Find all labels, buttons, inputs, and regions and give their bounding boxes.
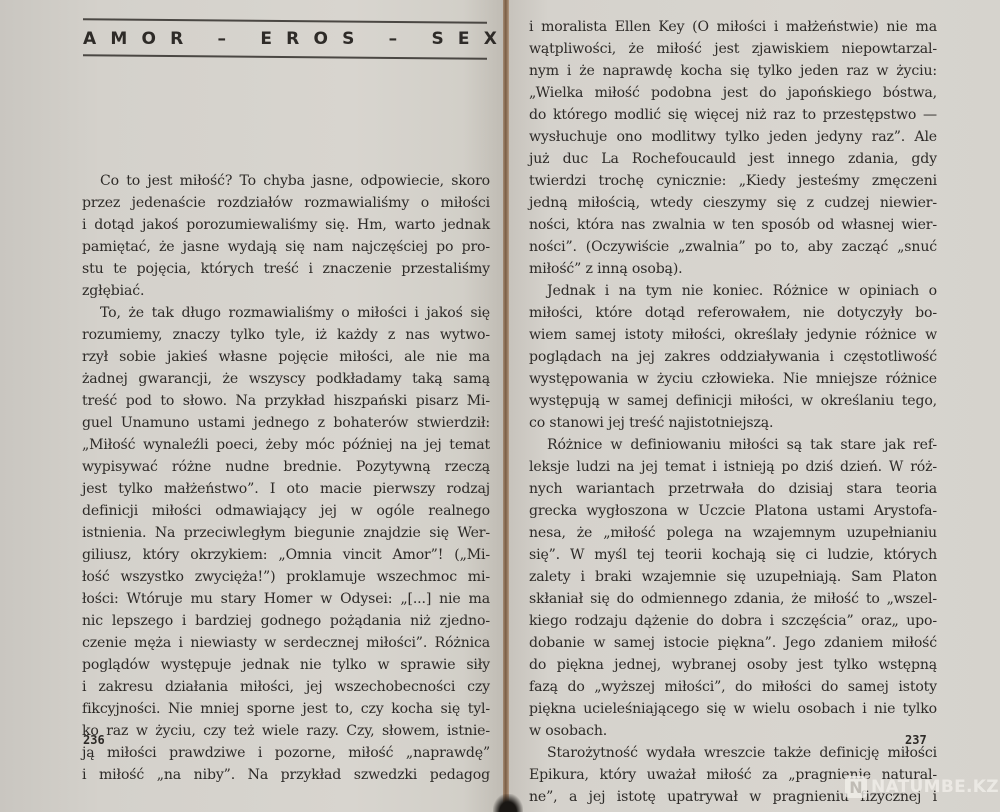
text-line: nych wariantach przetrwała do dzisiaj st…	[529, 478, 937, 500]
watermark-text: NATUMBE.KZ	[871, 777, 999, 797]
running-header: AMOR – EROS – SEX	[83, 18, 487, 60]
text-line: łości: Wtóruje mu stary Homer w Odysei: …	[82, 588, 490, 610]
text-line: miłości, które dotąd referowałem, nie do…	[529, 302, 937, 324]
text-line: i dotąd jakoś porozumiewaliśmy się. Hm, …	[82, 214, 490, 236]
text-line: zgłębiać.	[82, 280, 490, 302]
text-line: definicji miłości odmawiający jej w ogól…	[82, 500, 490, 522]
text-line: i zakresu działania miłości, jej wszecho…	[82, 676, 490, 698]
open-book-spread: AMOR – EROS – SEX Co to jest miłość? To …	[0, 0, 1000, 812]
text-line: już duc La Rochefoucauld jest innego zda…	[529, 148, 937, 170]
text-line: wątpliwości, że miłość jest zjawiskiem n…	[529, 38, 937, 60]
text-line: wypisywać różne nudne brednie. Pozytywną…	[82, 456, 490, 478]
text-line: fazą do „wyższej miłości”, do miłości do…	[529, 676, 937, 698]
header-rule-bottom	[83, 54, 487, 60]
right-page-body-text: i moralista Ellen Key (O miłości i małże…	[529, 16, 937, 808]
text-line: Starożytność wydała wreszcie także defin…	[529, 742, 937, 764]
text-line: „Miłość wynaleźli poeci, żeby móc późnie…	[82, 434, 490, 456]
text-line: rzył sobie jakieś własne pojęcie miłości…	[82, 346, 490, 368]
text-line: guel Unamuno ustami jednego z bohaterów …	[82, 412, 490, 434]
watermark-logo-icon: N	[845, 776, 867, 798]
text-line: leksje ludzi na jej temat i istnieją po …	[529, 456, 937, 478]
text-line: piękna ucieleśniającego się w wielu osob…	[529, 698, 937, 720]
text-line: co stanowi jej treść najistotniejszą.	[529, 412, 937, 434]
text-line: miłość” z inną osobą).	[529, 258, 937, 280]
text-line: wysłuchuje ono modlitwy tylko jeden jedy…	[529, 126, 937, 148]
spine-shadow	[493, 794, 523, 812]
text-line: kiego rodzaju dążenie do dobra i szczęśc…	[529, 610, 937, 632]
watermark: N NATUMBE.KZ	[845, 774, 999, 800]
text-line: przez jedenaście rozdziałów rozmawialiśm…	[82, 192, 490, 214]
left-page-body-text: Co to jest miłość? To chyba jasne, odpow…	[82, 170, 490, 786]
text-line: ności, która nas zwalnia w ten sposób od…	[529, 214, 937, 236]
text-line: i miłość „na niby”. Na przykład szwedzki…	[82, 764, 490, 786]
text-line: ko raz w życiu, czy też wiele razy. Czy,…	[82, 720, 490, 742]
text-line: zalety i braki wzajemnie się uzupełniają…	[529, 566, 937, 588]
text-line: nym i że naprawdę kocha się tylko jeden …	[529, 60, 937, 82]
text-line: do którego modlić się więcej niż raz to …	[529, 104, 937, 126]
header-rule-top	[83, 18, 487, 24]
text-line: To, że tak długo rozmawialiśmy o miłości…	[82, 302, 490, 324]
text-line: poglądach na jej zakres oddziaływania i …	[529, 346, 937, 368]
text-line: nic lepszego i bardziej godnego pożądani…	[82, 610, 490, 632]
text-line: poglądów występuje jednak nie tylko w sp…	[82, 654, 490, 676]
text-line: do piękna jednej, wybranej osoby jest ty…	[529, 654, 937, 676]
text-line: w osobach.	[529, 720, 937, 742]
text-line: istnienia. Na przeciwległym biegunie zna…	[82, 522, 490, 544]
text-line: ją miłości prawdziwe i pozorne, miłość „…	[82, 742, 490, 764]
text-line: nesa, że „miłość polega na wzajemnym uzu…	[529, 522, 937, 544]
left-page-number: 236	[83, 733, 105, 747]
text-line: stu te pojęcia, których treść i znaczeni…	[82, 258, 490, 280]
text-line: pamiętać, że jasne wydają się nam najczę…	[82, 236, 490, 258]
running-header-title: AMOR – EROS – SEX	[83, 29, 487, 49]
text-line: łość wszystko zwycięża!”) proklamuje wsz…	[82, 566, 490, 588]
text-line: grecka wygłoszona w Uczcie Platona ustam…	[529, 500, 937, 522]
text-line: fikcyjności. Nie mniej sporne jest to, c…	[82, 698, 490, 720]
text-line: się”. W myśl tej teorii kochają się ci l…	[529, 544, 937, 566]
right-page-number: 237	[905, 733, 927, 747]
text-line: dobanie w samej istocie piękna”. Jego zd…	[529, 632, 937, 654]
text-line: występują w samej definicji miłości, w o…	[529, 390, 937, 412]
text-line: żadnej gwarancji, że wszyscy podkładamy …	[82, 368, 490, 390]
text-line: skłaniał się do odmiennego zdania, że mi…	[529, 588, 937, 610]
text-line: wiem samej istoty miłości, określały jed…	[529, 324, 937, 346]
text-line: czenie męża i niewiasty w serdecznej mił…	[82, 632, 490, 654]
text-line: treść pod to słowo. Na przykład hiszpańs…	[82, 390, 490, 412]
text-line: i moralista Ellen Key (O miłości i małże…	[529, 16, 937, 38]
text-line: Różnice w definiowaniu miłości są tak st…	[529, 434, 937, 456]
text-line: Co to jest miłość? To chyba jasne, odpow…	[82, 170, 490, 192]
text-line: jest tylko małżeństwo”. I oto macie pier…	[82, 478, 490, 500]
text-line: występowania w życiu człowieka. Nie mnie…	[529, 368, 937, 390]
text-line: giliusz, który okrzykiem: „Omnia vincit …	[82, 544, 490, 566]
left-page: AMOR – EROS – SEX Co to jest miłość? To …	[0, 0, 503, 812]
text-line: Jednak i na tym nie koniec. Różnice w op…	[529, 280, 937, 302]
text-line: rozumiemy, znaczy tylko tyle, iż każdy z…	[82, 324, 490, 346]
text-line: ności”. (Oczywiście „zwalnia” po to, aby…	[529, 236, 937, 258]
text-line: jedną miłością, wtedy cieszymy się z cud…	[529, 192, 937, 214]
text-line: twierdzi trochę cynicznie: „Kiedy jesteś…	[529, 170, 937, 192]
text-line: „Wielka miłość podobna jest do japońskie…	[529, 82, 937, 104]
